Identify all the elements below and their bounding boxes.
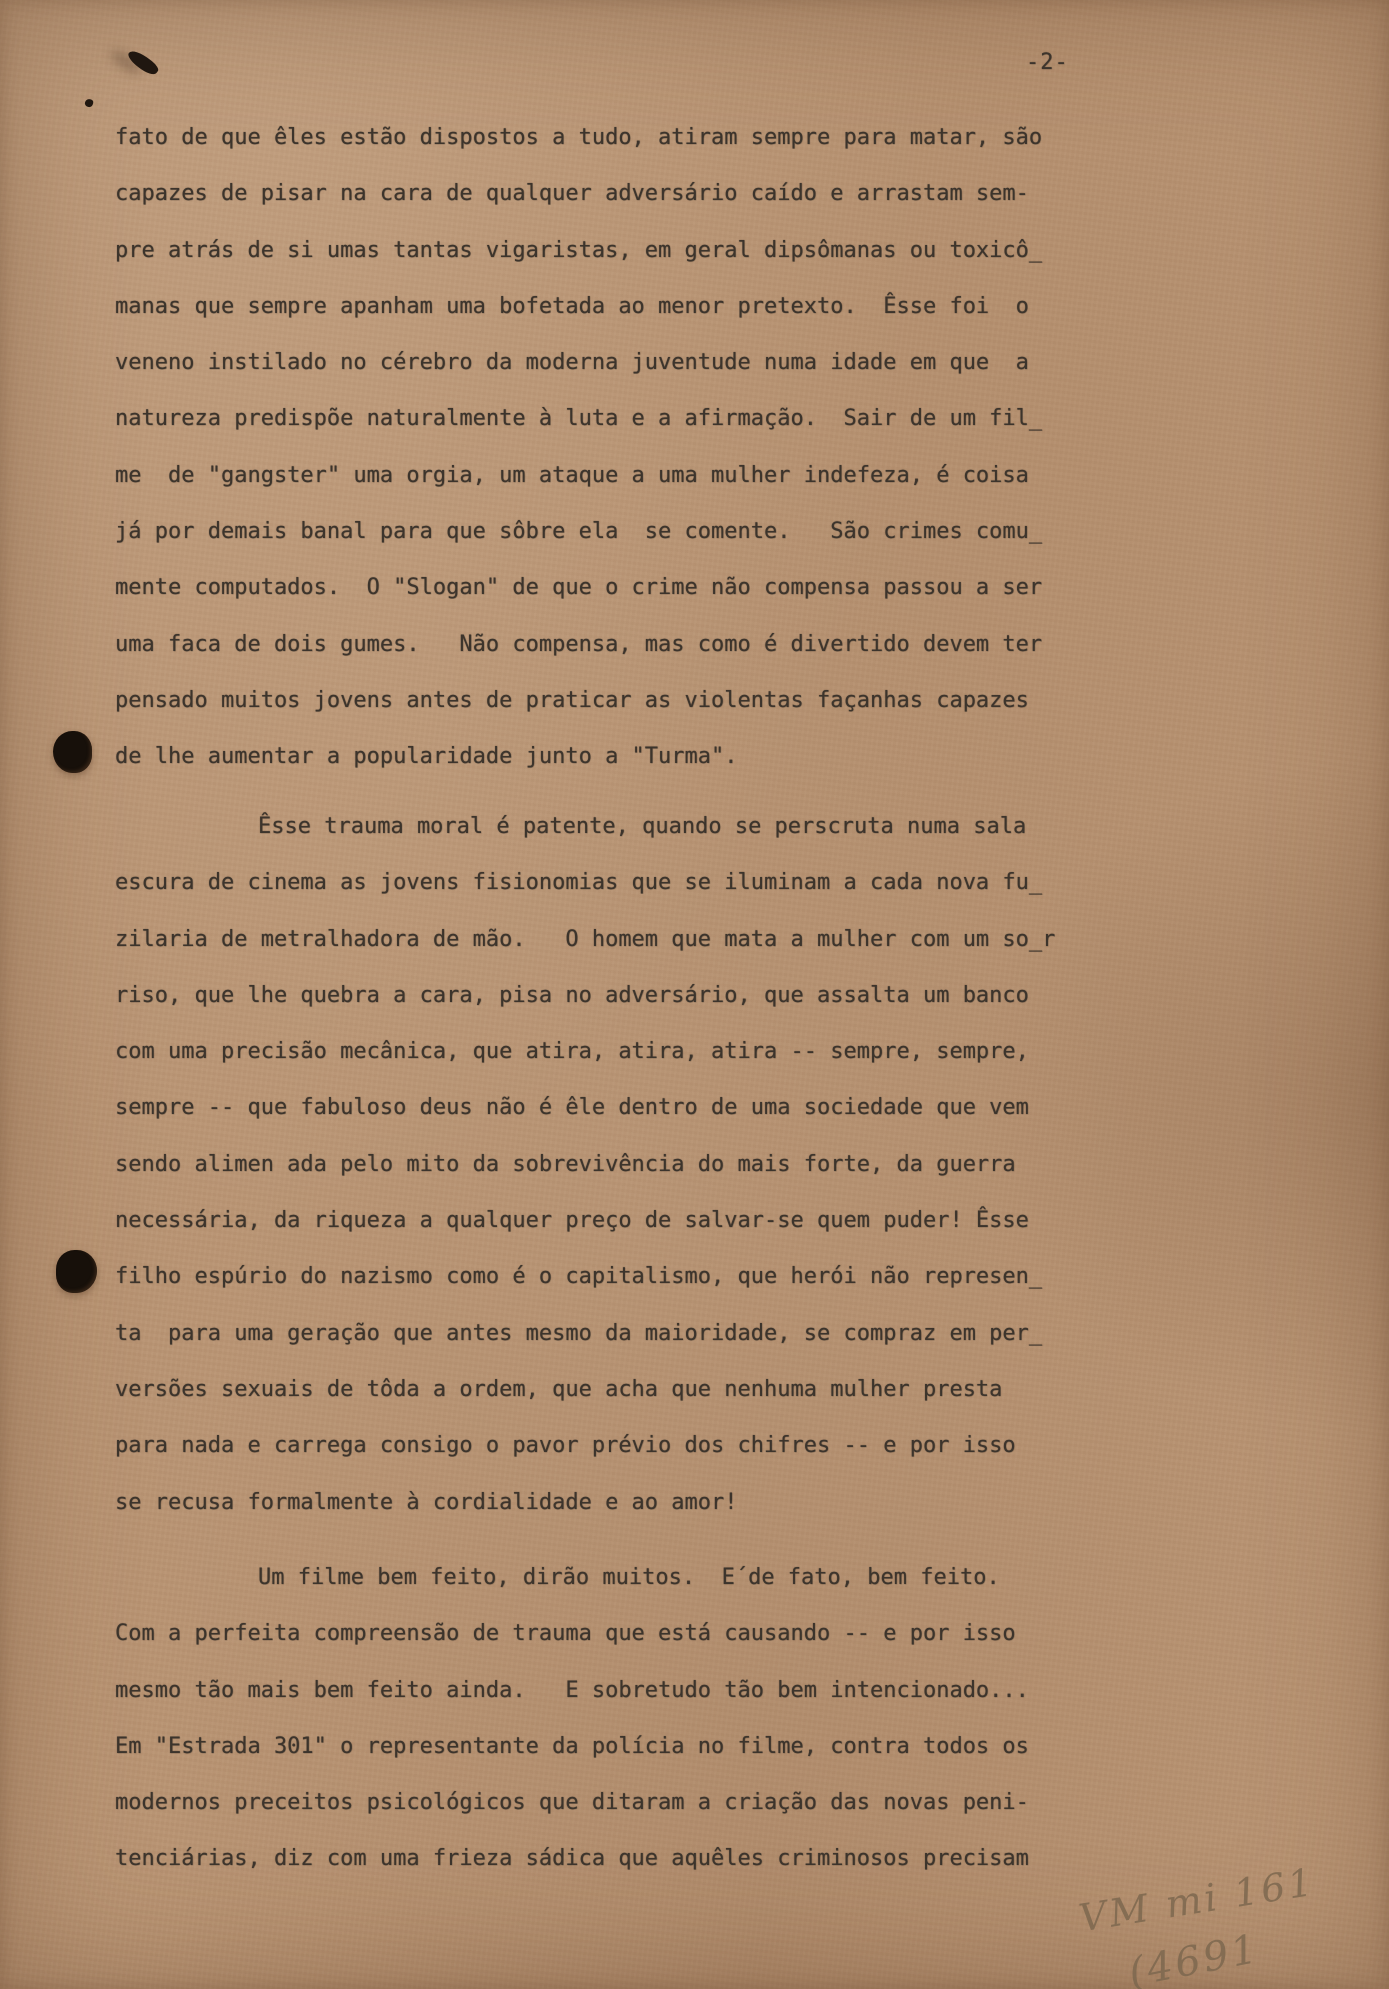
text-line: sendo alimen ada pelo mito da sobrevivên… — [115, 1137, 1335, 1193]
text-line: pre atrás de si umas tantas vigaristas, … — [115, 223, 1335, 279]
text-line: escura de cinema as jovens fisionomias q… — [115, 855, 1335, 911]
text-line: sempre -- que fabuloso deus não é êle de… — [115, 1080, 1335, 1136]
text-line: para nada e carrega consigo o pavor prév… — [115, 1418, 1335, 1474]
text-line: manas que sempre apanham uma bofetada ao… — [115, 279, 1335, 335]
text-line: Êsse trauma moral é patente, quando se p… — [115, 799, 1335, 855]
paragraph-1: fato de que êles estão dispostos a tudo,… — [115, 110, 1335, 786]
text-line: modernos preceitos psicológicos que dita… — [115, 1775, 1335, 1831]
text-line: zilaria de metralhadora de mão. O homem … — [115, 912, 1335, 968]
hole-punch — [53, 731, 92, 773]
text-line: se recusa formalmente à cordialidade e a… — [115, 1475, 1335, 1531]
text-line: já por demais banal para que sôbre ela s… — [115, 504, 1335, 560]
paragraph-2: Êsse trauma moral é patente, quando se p… — [115, 799, 1335, 1531]
text-line: Em "Estrada 301" o representante da polí… — [115, 1719, 1335, 1775]
ink-mark — [126, 47, 161, 78]
handwritten-annotation: (4691 — [1125, 1926, 1264, 1989]
ink-speck — [84, 98, 94, 108]
text-line: fato de que êles estão dispostos a tudo,… — [115, 110, 1335, 166]
paragraph-3: Um filme bem feito, dirão muitos. E´de f… — [115, 1550, 1335, 1888]
text-line: mesmo tão mais bem feito ainda. E sobret… — [115, 1663, 1335, 1719]
page-number: -2- — [1026, 50, 1069, 75]
text-line: Com a perfeita compreensão de trauma que… — [115, 1606, 1335, 1662]
text-line: Um filme bem feito, dirão muitos. E´de f… — [115, 1550, 1335, 1606]
text-line: pensado muitos jovens antes de praticar … — [115, 673, 1335, 729]
text-line: necessária, da riqueza a qualquer preço … — [115, 1193, 1335, 1249]
text-line: me de "gangster" uma orgia, um ataque a … — [115, 448, 1335, 504]
text-line: natureza predispõe naturalmente à luta e… — [115, 391, 1335, 447]
text-line: veneno instilado no cérebro da moderna j… — [115, 335, 1335, 391]
text-line: mente computados. O "Slogan" de que o cr… — [115, 560, 1335, 616]
text-line: uma faca de dois gumes. Não compensa, ma… — [115, 617, 1335, 673]
text-line: de lhe aumentar a popularidade junto a "… — [115, 729, 1335, 785]
text-line: capazes de pisar na cara de qualquer adv… — [115, 166, 1335, 222]
text-line: filho espúrio do nazismo como é o capita… — [115, 1249, 1335, 1305]
text-line: ta para uma geração que antes mesmo da m… — [115, 1306, 1335, 1362]
text-line: riso, que lhe quebra a cara, pisa no adv… — [115, 968, 1335, 1024]
text-line: com uma precisão mecânica, que atira, at… — [115, 1024, 1335, 1080]
scanned-typewritten-page: -2- fato de que êles estão dispostos a t… — [0, 0, 1389, 1989]
text-line: tenciárias, diz com uma frieza sádica qu… — [115, 1831, 1335, 1887]
hole-punch — [56, 1250, 97, 1293]
text-line: versões sexuais de tôda a ordem, que ach… — [115, 1362, 1335, 1418]
